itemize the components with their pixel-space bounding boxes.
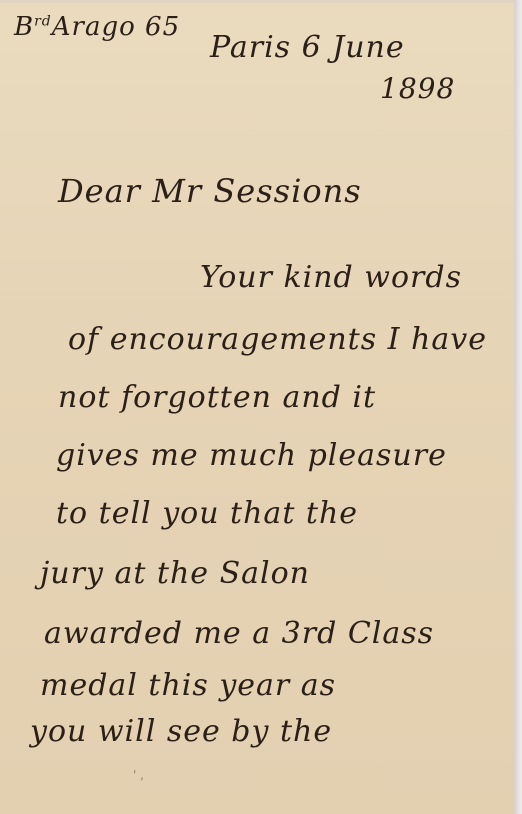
body-line: medal this year as: [40, 668, 336, 703]
body-line: to tell you that the: [56, 496, 358, 531]
header-address: BrdArago 65: [14, 12, 180, 42]
address-superscript: rd: [34, 13, 52, 29]
body-line: you will see by the: [30, 714, 332, 749]
body-line: Your kind words: [200, 260, 462, 295]
paper-right-edge: [514, 0, 522, 814]
body-line: gives me much pleasure: [56, 438, 447, 473]
body-line: not forgotten and it: [58, 380, 376, 415]
salutation: Dear Mr Sessions: [58, 172, 362, 210]
letter-page: BrdArago 65 Paris 6 June 1898 Dear Mr Se…: [0, 0, 514, 814]
body-line: jury at the Salon: [40, 556, 310, 591]
stray-ink-marks: ' ,: [133, 768, 144, 782]
address-prefix: B: [14, 12, 34, 42]
body-line: awarded me a 3rd Class: [44, 616, 434, 651]
address-street: Arago 65: [52, 12, 180, 42]
header-year: 1898: [380, 72, 455, 105]
paper-top-edge: [0, 0, 514, 3]
header-place-date: Paris 6 June: [210, 30, 405, 65]
body-line: of encouragements I have: [68, 322, 487, 357]
